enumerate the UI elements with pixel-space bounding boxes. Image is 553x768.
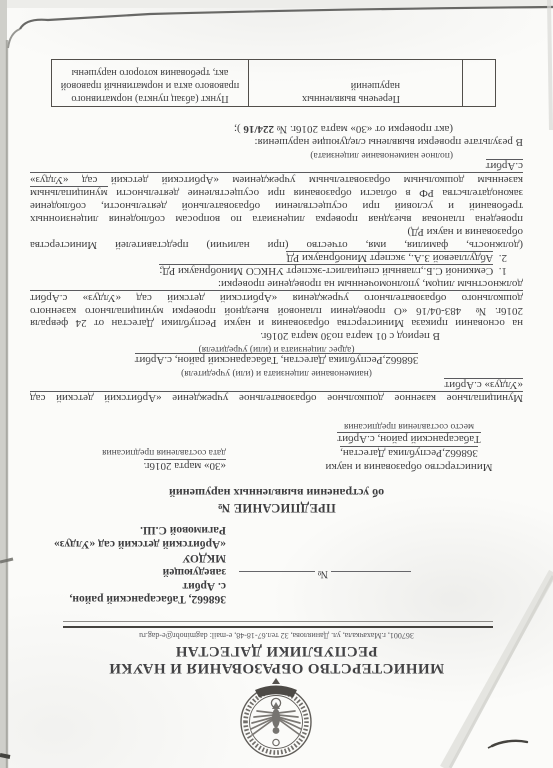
inspection-line2: требований и условий при осуществлении о… (30, 199, 523, 212)
fullname-caption: (полное наименование лицензиата) (30, 148, 453, 159)
inspection-period: В период с 01 марта по30 марта 2016г. (30, 330, 440, 343)
scanned-page: МИНИСТЕРСТВО ОБРАЗОВАНИЯ И НАУКИ РЕСПУБЛ… (0, 0, 553, 768)
licensee-address-caption: (адрес лицензиата и (или) учредителя) (30, 342, 523, 353)
order-line1: на основании приказа Министерства образо… (30, 317, 523, 330)
officials-caption-line2: образования и науки РД) (30, 225, 523, 238)
addressee-line: заведующей (54, 564, 226, 578)
number-blank-left (331, 571, 411, 583)
issue-date-caption: дата составления предписания (58, 446, 226, 458)
table-header-norm-act: Пункт (абзац пункта) нормативного правов… (52, 60, 248, 106)
ministry-address: 367001, г.Махачкала, ул. Даниялова, 32 т… (30, 631, 523, 640)
ministry-name-line1: МИНИСТЕРСТВО ОБРАЗОВАНИЯ И НАУКИ (30, 659, 523, 676)
document-number-line: № (239, 523, 411, 584)
act-line: (акт проверки от «30» марта 2016г. № 224… (30, 123, 453, 136)
letterhead: МИНИСТЕРСТВО ОБРАЗОВАНИЯ И НАУКИ РЕСПУБЛ… (30, 631, 523, 760)
result-line: В результате проверки выявлены следующие… (30, 135, 523, 148)
violations-table: Перечень выявленных нарушений Пункт (абз… (51, 59, 496, 107)
addressee-block: 368662, Табасаранский район, с. Арбит за… (54, 523, 226, 606)
table-header-violations: Перечень выявленных нарушений (248, 60, 462, 106)
officials-intro: должностным лицом, уполномоченным на про… (30, 277, 523, 290)
table-header-number (462, 60, 495, 106)
number-sign: № (318, 568, 329, 580)
order-line3: дошкольного образовательного учреждения … (30, 290, 523, 304)
licensee-name-line1: Муниципальное казенное дошкольное образо… (30, 391, 523, 405)
document-body: Муниципальное казенное дошкольное образо… (30, 123, 523, 405)
issue-place-org: Министерство образования и науки (295, 459, 523, 473)
issue-date-block: «30» марта 2016г. дата составления предп… (58, 420, 226, 473)
inspection-line4: казенным дошкольным образовательным учре… (30, 172, 523, 186)
scanned-document: МИНИСТЕРСТВО ОБРАЗОВАНИЯ И НАУКИ РЕСПУБЛ… (0, 0, 553, 768)
licensee-caption: (наименование лицензиата и (или) учредит… (30, 367, 523, 378)
issue-place-line2: Табасаранский район, с.Арбит (337, 432, 480, 445)
order-line2: 2016г. № 483-04/16 «О проведении планово… (30, 304, 523, 317)
addressee-line: МКДОУ (54, 550, 226, 564)
inspection-line1: проведена плановая выездная проверка лиц… (30, 212, 523, 225)
addressee-line: Рагимовой С.Ш. (54, 523, 226, 537)
official-1: 1. Семкиной С.Б.,главный специалист-эксп… (30, 264, 507, 277)
addressee-line: «Арбитский детский сад «Улдуз» (54, 536, 226, 550)
officials-caption-line1: (должность, фамилия, имя, отчество (при … (30, 238, 523, 251)
addressee-line: 368662, Табасаранский район, (54, 592, 226, 606)
document-title: ПРЕДПИСАНИЕ № об устранении выявленных н… (30, 485, 523, 515)
licensee-name-line2: «Улдуз» с.Арбит (30, 378, 523, 391)
issue-place-block: Министерство образования и науки 368662,… (295, 420, 523, 473)
issue-place-line1: 368662,Республика Дагестан, (340, 446, 478, 459)
number-blank-right (239, 571, 315, 583)
inspection-line5: с.Арбит (30, 160, 523, 173)
inspection-line3: законодательства РФ в области образовани… (30, 186, 523, 199)
letterhead-rule (63, 621, 493, 628)
title-line1: ПРЕДПИСАНИЕ № (30, 500, 523, 515)
issue-date-value: «30» марта 2016г. (144, 459, 226, 472)
dagestan-coat-of-arms-icon (235, 676, 319, 760)
ministry-name-line2: РЕСПУБЛИКИ ДАГЕСТАН (30, 642, 523, 659)
issue-place-caption: место составления предписания (295, 420, 523, 432)
licensee-address: 368662,Республика Дагестан, Табасарански… (30, 354, 523, 367)
reference-row: № 368662, Табасаранский район, с. Арбит … (30, 523, 523, 606)
official-2: 2. Абдуллаевой З.А., эксперт Минобрнауки… (30, 251, 507, 264)
issue-info-row: Министерство образования и науки 368662,… (30, 420, 523, 473)
addressee-line: с. Арбит (54, 578, 226, 592)
title-line2: об устранении выявленных нарушений (30, 485, 523, 500)
